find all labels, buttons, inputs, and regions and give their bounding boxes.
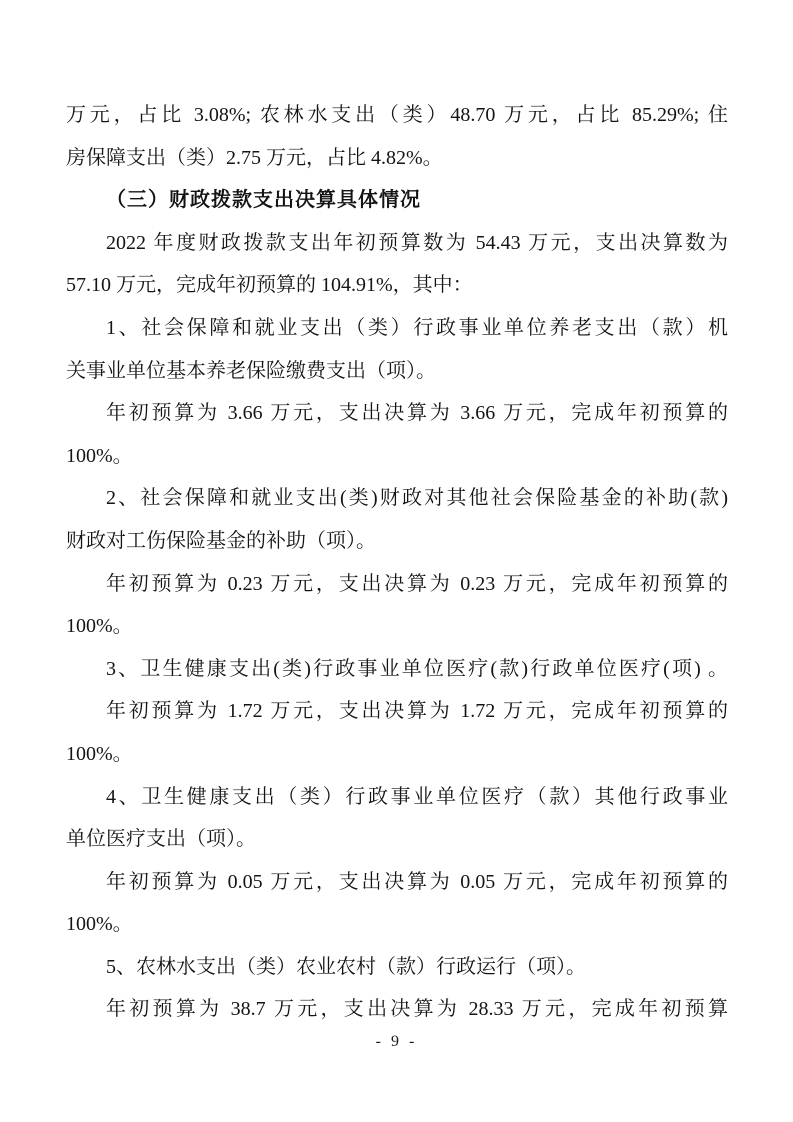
text-line: 年初预算为 0.05 万元，支出决算为 0.05 万元，完成年初预算的 (66, 861, 728, 904)
text-line: 2022 年度财政拨款支出年初预算数为 54.43 万元，支出决算数为 (66, 222, 728, 265)
text-line: 100%。 (66, 903, 728, 946)
text-line: 100%。 (66, 605, 728, 648)
text-line: 年初预算为 1.72 万元，支出决算为 1.72 万元，完成年初预算的 (66, 690, 728, 733)
text-line: 单位医疗支出（项）。 (66, 818, 728, 861)
text-line: 1、社会保障和就业支出（类）行政事业单位养老支出（款）机 (66, 307, 728, 350)
text-line: 5、农林水支出（类）农业农村（款）行政运行（项）。 (66, 946, 728, 989)
page-number: - 9 - (376, 1033, 418, 1050)
text-line: 关事业单位基本养老保险缴费支出（项）。 (66, 350, 728, 393)
text-line: 年初预算为 0.23 万元，支出决算为 0.23 万元，完成年初预算的 (66, 563, 728, 606)
document-page: 万元，占比 3.08%; 农林水支出（类）48.70 万元，占比 85.29%;… (0, 0, 793, 1122)
text-line: 57.10 万元，完成年初预算的 104.91%，其中： (66, 264, 728, 307)
text-line: 房保障支出（类）2.75 万元，占比 4.82%。 (66, 137, 728, 180)
section-heading: （三）财政拨款支出决算具体情况 (66, 179, 728, 222)
text-line: 3、卫生健康支出(类)行政事业单位医疗(款)行政单位医疗(项) 。 (66, 648, 728, 691)
text-line: 4、卫生健康支出（类）行政事业单位医疗（款）其他行政事业 (66, 776, 728, 819)
text-line: 年初预算为 3.66 万元，支出决算为 3.66 万元，完成年初预算的 (66, 392, 728, 435)
text-line: 100%。 (66, 733, 728, 776)
text-line: 100%。 (66, 435, 728, 478)
page-footer: - 9 - (0, 1033, 793, 1051)
document-lines: 万元，占比 3.08%; 农林水支出（类）48.70 万元，占比 85.29%;… (66, 94, 728, 1031)
text-line: 年初预算为 38.7 万元，支出决算为 28.33 万元，完成年初预算 (66, 988, 728, 1031)
text-line: 万元，占比 3.08%; 农林水支出（类）48.70 万元，占比 85.29%;… (66, 94, 728, 137)
text-line: 2、社会保障和就业支出(类)财政对其他社会保险基金的补助(款) (66, 477, 728, 520)
text-line: 财政对工伤保险基金的补助（项）。 (66, 520, 728, 563)
